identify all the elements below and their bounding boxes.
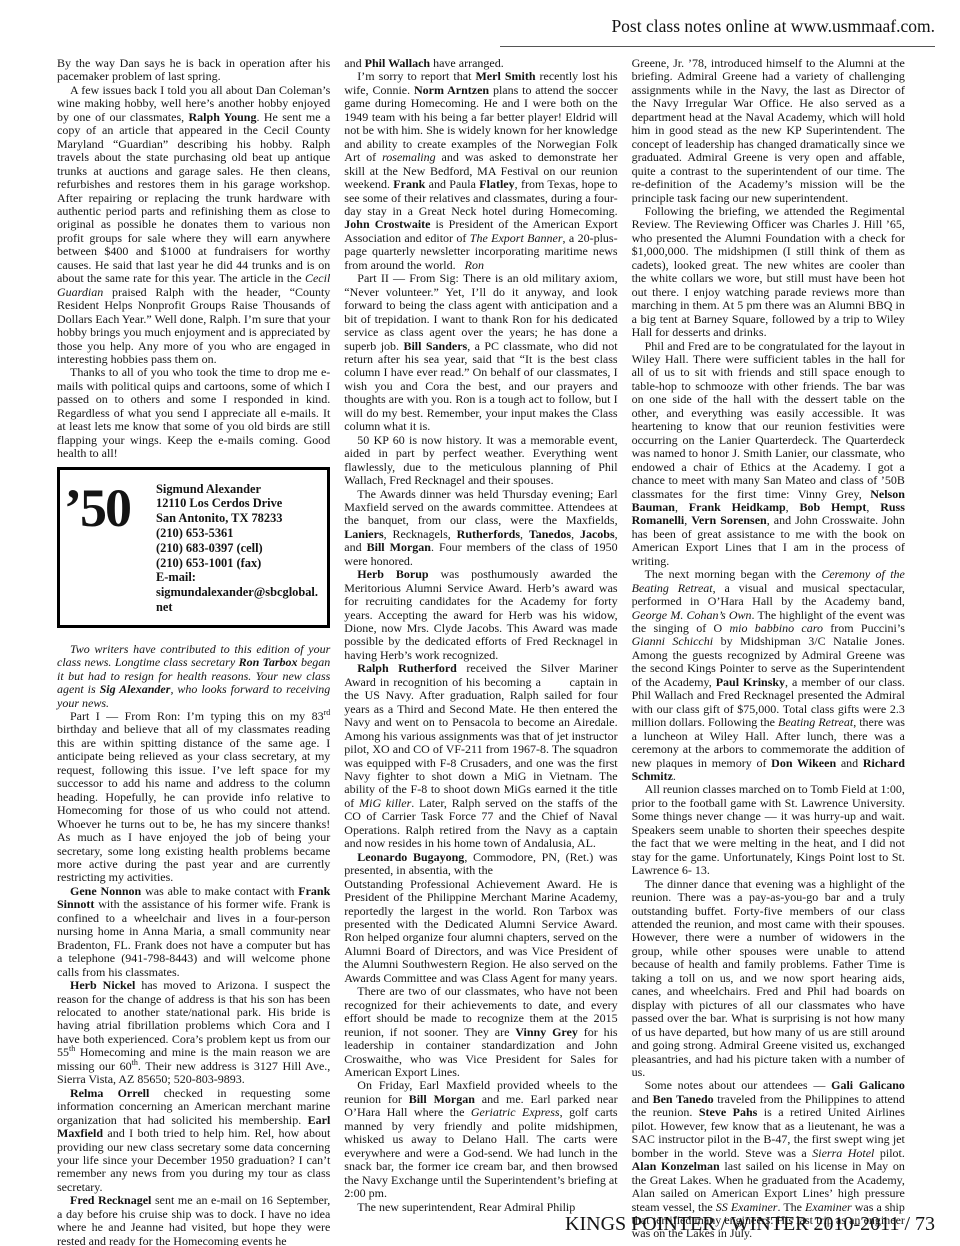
paragraph: The dinner dance that evening was a high… — [632, 878, 905, 1080]
paragraph: Following the briefing, we attended the … — [632, 205, 905, 340]
paragraph: and Phil Wallach have arranged. — [344, 57, 617, 70]
paragraph: Gene Nonnon was able to make contact wit… — [57, 885, 330, 979]
contact-line: San Antonito, TX 78233 — [156, 511, 321, 526]
page-header: Post class notes online at www.usmmaaf.c… — [500, 16, 935, 47]
header-note-text: Post class notes online at www.usmmaaf.c… — [611, 16, 935, 36]
paragraph: Herb Nickel has moved to Arizona. I susp… — [57, 979, 330, 1087]
paragraph: Greene, Jr. ’78, introduced himself to t… — [632, 57, 905, 205]
paragraph: Part I — From Ron: I’m typing this on my… — [57, 710, 330, 885]
contact-line: (210) 653-5361 — [156, 526, 321, 541]
paragraph: The new superintendent, Rear Admiral Phi… — [344, 1201, 617, 1214]
paragraph: There are two of our classmates, who hav… — [344, 985, 617, 1079]
text-column-3: Greene, Jr. ’78, introduced himself to t… — [632, 57, 905, 1246]
footer-text: KINGS POINTER / WINTER 2010-2011 / 73 — [565, 1213, 935, 1235]
paragraph: I’m sorry to report that Merl Smith rece… — [344, 70, 617, 272]
class-year-box: ’50 Sigmund Alexander12110 Los Cerdos Dr… — [57, 467, 330, 628]
column1-top-paragraphs: By the way Dan says he is back in operat… — [57, 57, 330, 461]
paragraph: The next morning began with the Ceremony… — [632, 568, 905, 783]
paragraph: Fred Recknagel sent me an e-mail on 16 S… — [57, 1194, 330, 1246]
page-footer-folio: KINGS POINTER / WINTER 2010-2011 / 73 — [565, 1213, 935, 1236]
paragraph: Phil and Fred are to be congratulated fo… — [632, 340, 905, 569]
article-columns: By the way Dan says he is back in operat… — [57, 57, 905, 1246]
contact-line: E-mail: — [156, 570, 321, 585]
paragraph: By the way Dan says he is back in operat… — [57, 57, 330, 84]
paragraph: A few issues back I told you all about D… — [57, 84, 330, 367]
contact-line: (210) 683-0397 (cell) — [156, 541, 321, 556]
paragraph: Two writers have contributed to this edi… — [57, 643, 330, 710]
contact-line: (210) 653-1001 (fax) — [156, 556, 321, 571]
paragraph: The Awards dinner was held Thursday even… — [344, 488, 617, 569]
paragraph: Herb Borup was posthumously awarded the … — [344, 568, 617, 662]
paragraph: Ralph Rutherford received the Silver Mar… — [344, 662, 617, 850]
text-column-1: By the way Dan says he is back in operat… — [57, 57, 330, 1246]
paragraph: Relma Orrell checked in requesting some … — [57, 1087, 330, 1195]
contact-line: Sigmund Alexander — [156, 482, 321, 497]
paragraph: Leonardo Bugayong, Commodore, PN, (Ret.)… — [344, 851, 617, 986]
paragraph: On Friday, Earl Maxfield provided wheels… — [344, 1079, 617, 1200]
class-year-label: ’50 — [64, 482, 156, 532]
paragraph: Thanks to all of you who took the time t… — [57, 366, 330, 460]
paragraph: 50 KP 60 is now history. It was a memora… — [344, 434, 617, 488]
class-contact-info: Sigmund Alexander12110 Los Cerdos DriveS… — [156, 482, 321, 615]
text-column-2: and Phil Wallach have arranged.I’m sorry… — [344, 57, 617, 1246]
paragraph: All reunion classes marched on to Tomb F… — [632, 783, 905, 877]
contact-line: sigmundalexander@sbcglobal.net — [156, 585, 321, 615]
paragraph: Part II — From Sig: There is an old mili… — [344, 272, 617, 433]
magazine-page: Post class notes online at www.usmmaaf.c… — [0, 0, 960, 1246]
column1-bottom-paragraphs: Two writers have contributed to this edi… — [57, 643, 330, 1246]
contact-line: 12110 Los Cerdos Drive — [156, 496, 321, 511]
